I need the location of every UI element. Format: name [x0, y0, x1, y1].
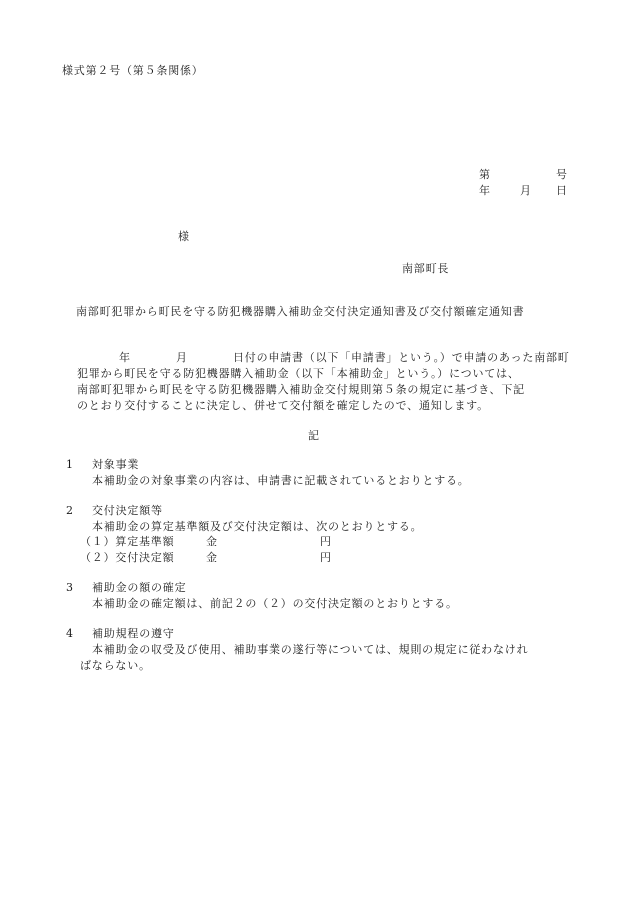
item-grant-decision-yen: 円 — [320, 550, 331, 566]
sender: 南部町長 — [402, 261, 449, 277]
item-calculation-base-yen: 円 — [320, 534, 331, 550]
section-4-body: 本補助金の収受及び使用、補助事業の遂行等については、規則の規定に従わなけれ — [92, 642, 528, 658]
number-prefix: 第 — [479, 167, 490, 183]
section-4-heading: 補助規程の遵守 — [92, 626, 175, 642]
date-day: 日 — [556, 183, 567, 199]
form-number: 様式第２号（第５条関係） — [62, 63, 204, 79]
body-line-3: 南部町犯罪から町民を守る防犯機器購入補助金交付規則第５条の規定に基づき、下記 — [77, 382, 525, 398]
date-month: 月 — [520, 183, 531, 199]
body-line-1-text: 日付の申請書（以下「申請書」という。）で申請のあった南部町 — [233, 350, 570, 366]
section-1-heading: 対象事業 — [92, 457, 139, 473]
item-calculation-base-kin: 金 — [206, 534, 217, 550]
ki-heading: 記 — [308, 428, 319, 444]
recipient: 様 — [178, 229, 189, 245]
section-2-number: 2 — [66, 503, 73, 519]
number-suffix: 号 — [556, 167, 567, 183]
body-month: 月 — [176, 350, 188, 366]
section-3-heading: 補助金の額の確定 — [92, 580, 186, 596]
item-grant-decision-kin: 金 — [206, 550, 217, 566]
body-line-2: 犯罪から町民を守る防犯機器購入補助金（以下「本補助金」という。）については、 — [77, 366, 520, 382]
section-2-body: 本補助金の算定基準額及び交付決定額は、次のとおりとする。 — [92, 519, 422, 535]
section-3-number: 3 — [66, 580, 73, 596]
item-calculation-base-label: （１）算定基準額 — [80, 534, 174, 550]
section-1-number: 1 — [66, 457, 73, 473]
section-1-body: 本補助金の対象事業の内容は、申請書に記載されているとおりとする。 — [92, 473, 470, 489]
section-2-heading: 交付決定額等 — [92, 503, 163, 519]
section-3-body: 本補助金の確定額は、前記２の（２）の交付決定額のとおりとする。 — [92, 596, 458, 612]
body-year: 年 — [119, 350, 131, 366]
date-year: 年 — [479, 183, 490, 199]
section-4-number: 4 — [66, 626, 73, 642]
section-4-body-continued: ばならない。 — [80, 658, 151, 674]
body-line-4: のとおり交付することに決定し、併せて交付額を確定したので、通知します。 — [77, 398, 489, 414]
document-title: 南部町犯罪から町民を守る防犯機器購入補助金交付決定通知書及び交付額確定通知書 — [76, 304, 524, 320]
item-grant-decision-label: （２）交付決定額 — [80, 550, 174, 566]
